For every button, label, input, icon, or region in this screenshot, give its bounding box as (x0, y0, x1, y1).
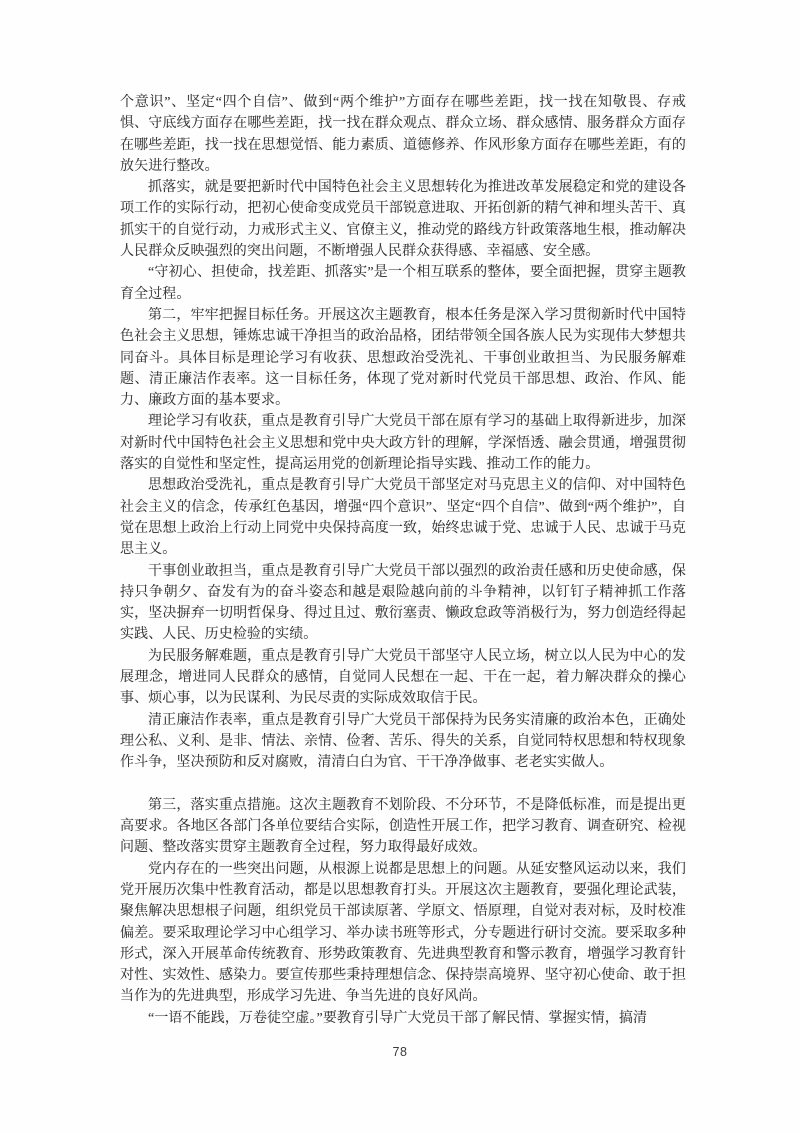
paragraph-04: 第二，牢牢把握目标任务。开展这次主题教育，根本任务是深入学习贯彻新时代中国特色社… (120, 305, 686, 411)
paragraph-10: 第三，落实重点措施。这次主题教育不划阶段、不分环节，不是降低标准，而是提出更高要… (120, 795, 686, 859)
paragraph-09: 清正廉洁作表率，重点是教育引导广大党员干部保持为民务实清廉的政治本色，正确处理公… (120, 710, 686, 774)
page-number: 78 (0, 1045, 800, 1059)
paragraph-01: 个意识”、坚定“四个自信”、做到“两个维护”方面存在哪些差距，找一找在知敬畏、存… (120, 92, 686, 177)
document-page: 个意识”、坚定“四个自信”、做到“两个维护”方面存在哪些差距，找一找在知敬畏、存… (0, 0, 800, 1133)
paragraph-12: “一语不能践，万卷徒空虚。”要教育引导广大党员干部了解民情、掌握实情，搞清 (120, 1008, 686, 1029)
paragraph-02: 抓落实，就是要把新时代中国特色社会主义思想转化为推进改革发展稳定和党的建设各项工… (120, 177, 686, 262)
document-body: 个意识”、坚定“四个自信”、做到“两个维护”方面存在哪些差距，找一找在知敬畏、存… (120, 92, 686, 1029)
paragraph-05: 理论学习有收获，重点是教育引导广大党员干部在原有学习的基础上取得新进步，加深对新… (120, 411, 686, 475)
paragraph-07: 干事创业敢担当，重点是教育引导广大党员干部以强烈的政治责任感和历史使命感，保持只… (120, 561, 686, 646)
paragraph-03: “守初心、担使命，找差距、抓落实”是一个相互联系的整体，要全面把握，贯穿主题教育… (120, 262, 686, 305)
paragraph-08: 为民服务解难题，重点是教育引导广大党员干部坚守人民立场，树立以人民为中心的发展理… (120, 646, 686, 710)
paragraph-06: 思想政治受洗礼，重点是教育引导广大党员干部坚定对马克思主义的信仰、对中国特色社会… (120, 475, 686, 560)
paragraph-11: 党内存在的一些突出问题，从根源上说都是思想上的问题。从延安整风运动以来，我们党开… (120, 859, 686, 1008)
